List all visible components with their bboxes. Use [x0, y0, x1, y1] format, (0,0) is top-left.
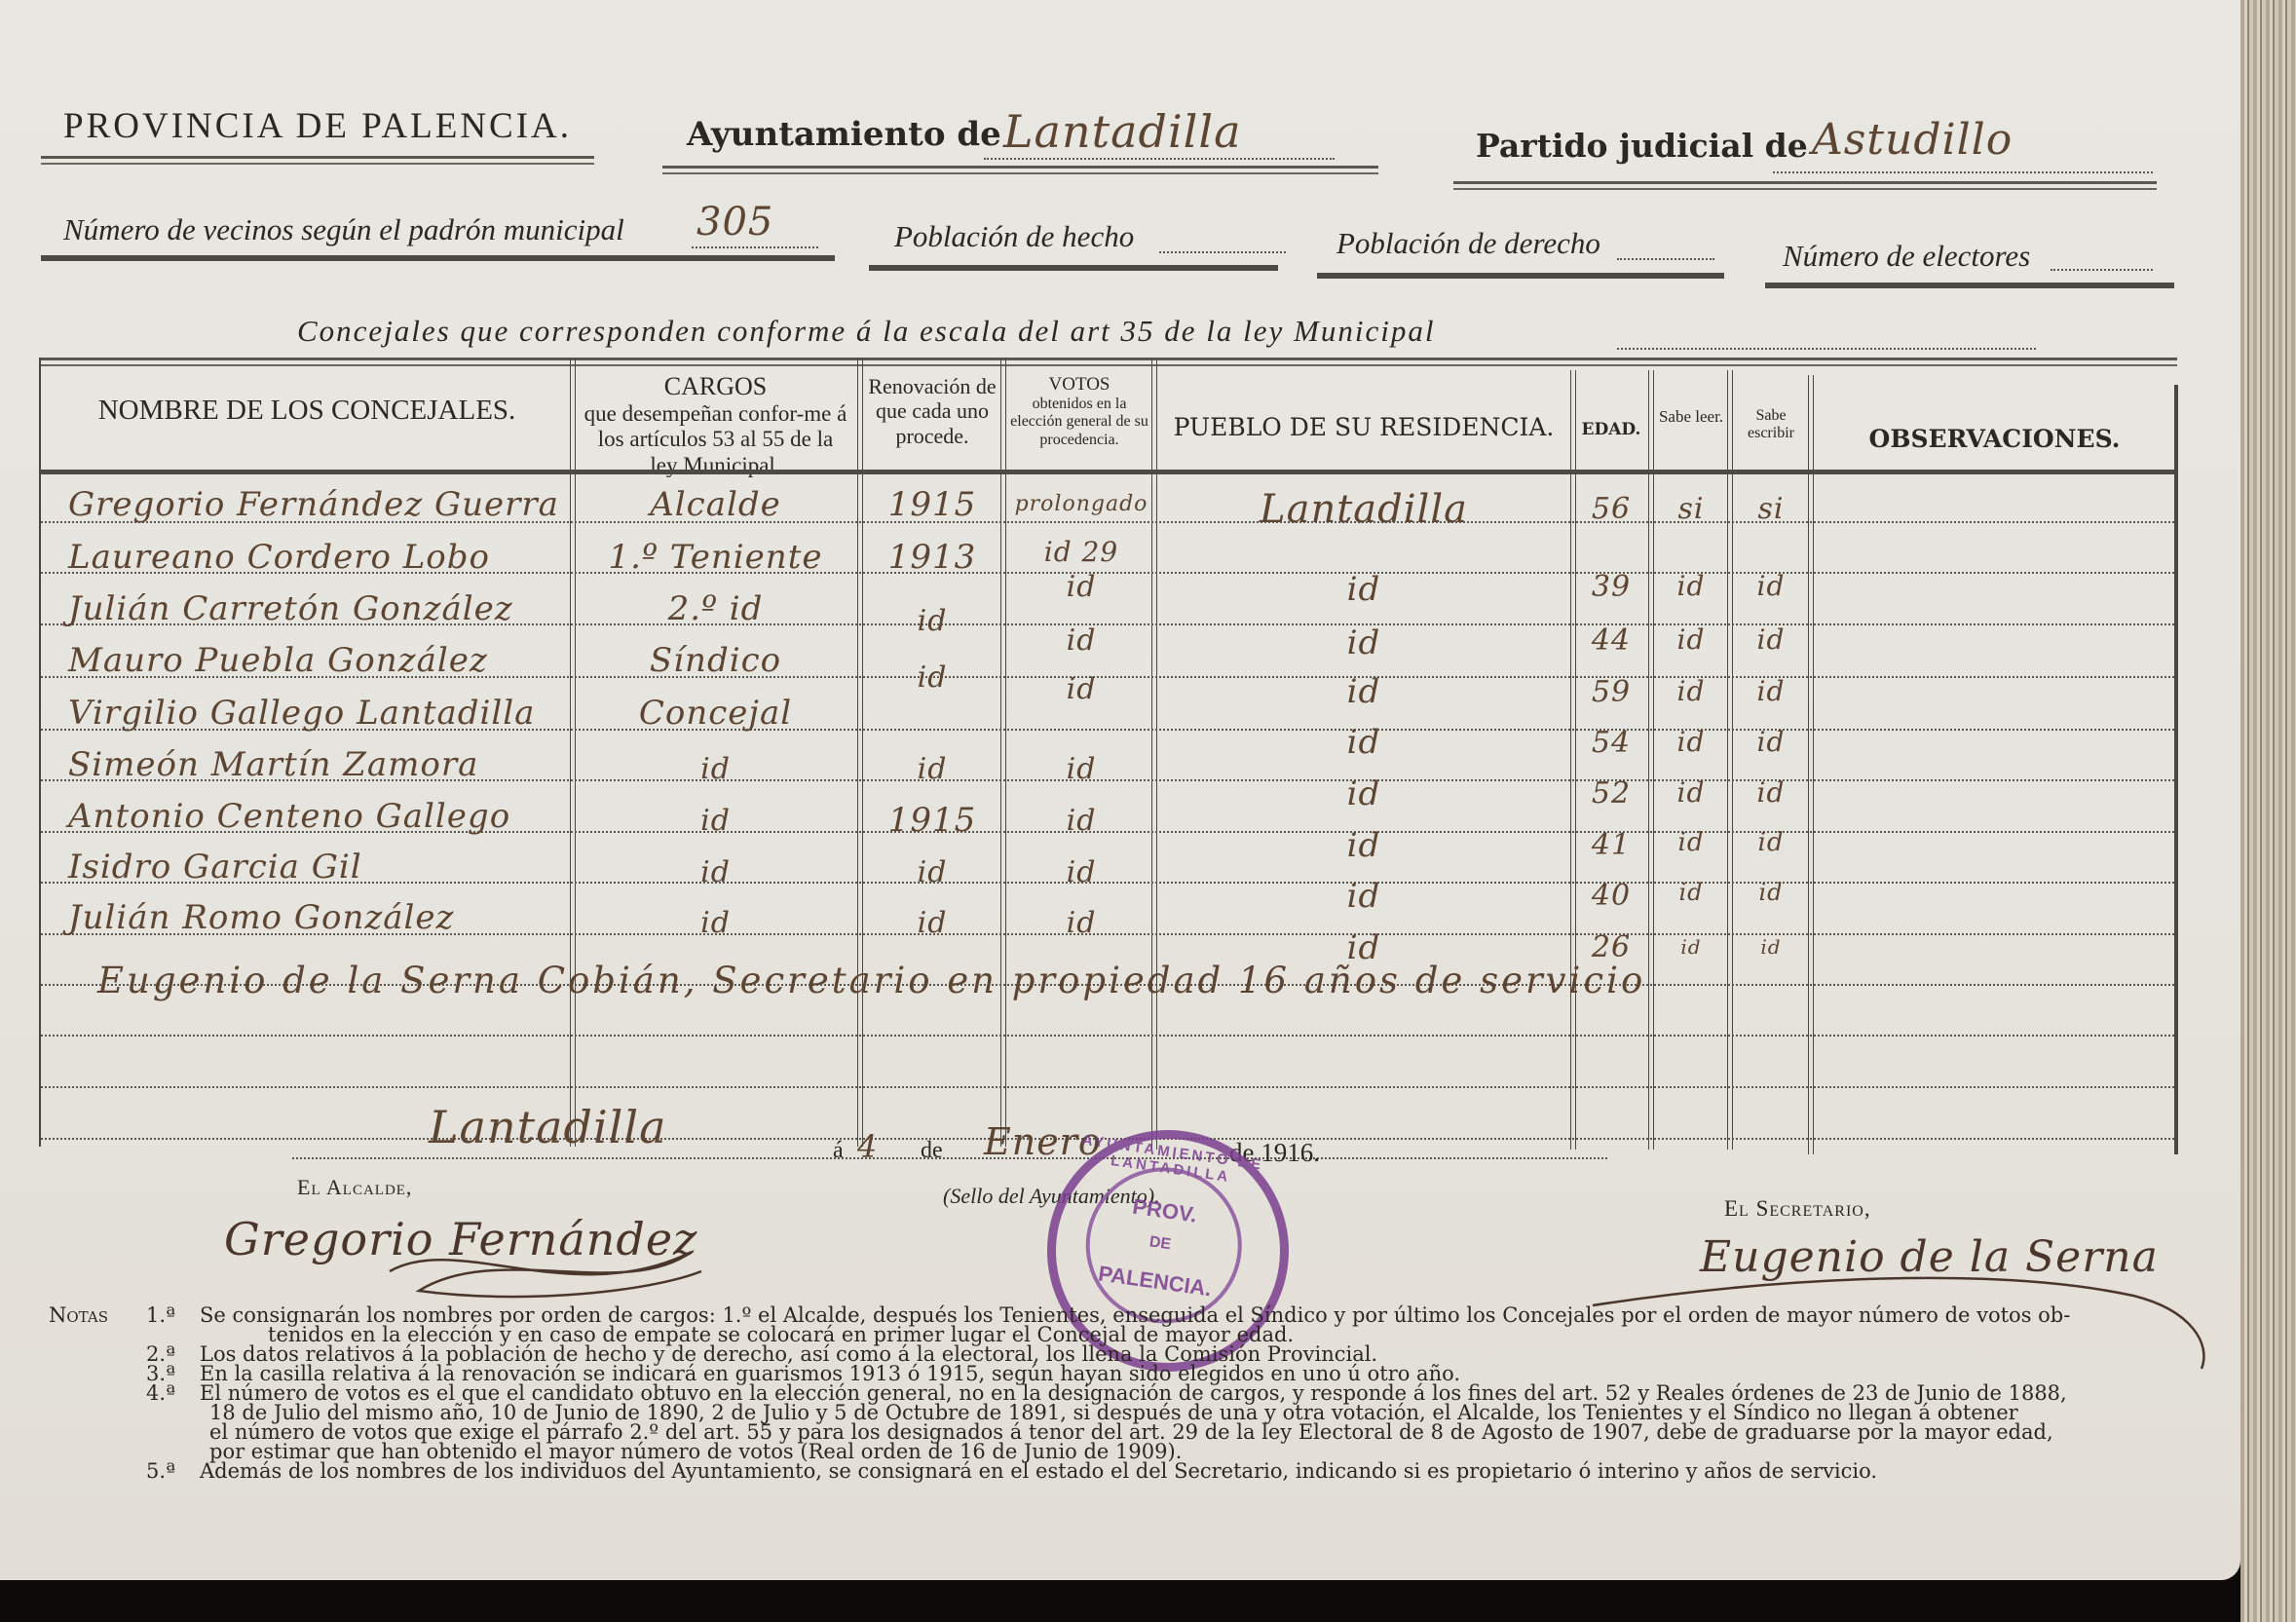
notes-section: Notas 1.ª Se consignarán los nombres por…	[49, 1305, 2172, 1481]
electores-label: Número de electores	[1783, 239, 2030, 274]
row-9-pueblo: id	[1159, 877, 1568, 916]
divider	[1317, 273, 1724, 279]
row-2-renovacion: 1913	[865, 538, 999, 577]
form-page: PROVINCIA DE PALENCIA. Ayuntamiento de L…	[0, 0, 2240, 1580]
poblacion-derecho-label: Población de derecho	[1336, 226, 1600, 261]
divider	[41, 255, 835, 261]
row-1-edad: 56	[1576, 492, 1646, 526]
row-10-escribir: id	[1734, 935, 1808, 959]
row-6-votos: id	[1003, 752, 1159, 786]
row-6-edad: 54	[1576, 726, 1646, 760]
row-3-escribir: id	[1734, 570, 1808, 602]
row-4-leer: id	[1656, 623, 1726, 656]
ayuntamiento-label: Ayuntamiento de	[687, 115, 1001, 154]
row-8-edad: 41	[1576, 828, 1646, 862]
note-number: 4.ª	[146, 1383, 200, 1403]
row-4-edad: 44	[1576, 623, 1646, 658]
divider	[1765, 283, 2174, 288]
row-8-pueblo: id	[1159, 826, 1568, 865]
note-text: 18 de Julio del mismo año, 10 de Junio d…	[49, 1403, 2172, 1422]
dotted-line	[2051, 269, 2153, 271]
row-9-edad: 40	[1576, 879, 1646, 913]
row-8-escribir: id	[1734, 828, 1808, 857]
note-text: Los datos relativos á la población de he…	[200, 1344, 2172, 1364]
col-header-votos-sub: obtenidos en la elección general de su p…	[1007, 396, 1151, 449]
divider	[662, 166, 1378, 169]
col-header-observaciones: OBSERVACIONES.	[1817, 426, 2172, 454]
ayuntamiento-value: Lantadilla	[1003, 105, 1242, 158]
row-5-votos: id	[1003, 672, 1159, 706]
col-header-edad: EDAD.	[1576, 421, 1646, 440]
row-7-cargo: id	[577, 804, 854, 838]
note-text: El número de votos es el que el candidat…	[200, 1383, 2172, 1403]
note-number: 1.ª	[146, 1305, 200, 1325]
column-divider	[1570, 370, 1576, 1150]
row-4-renovacion: id	[865, 604, 999, 638]
note-text: por estimar que han obtenido el mayor nú…	[49, 1442, 2172, 1461]
row-7-pueblo: id	[1159, 774, 1568, 813]
subtitle: Concejales que corresponden conforme á l…	[297, 314, 1435, 349]
col-header-cargos-title: CARGOS	[577, 372, 854, 401]
note-number: 5.ª	[146, 1461, 200, 1481]
row-3-edad: 39	[1576, 570, 1646, 604]
alcalde-label: El Alcalde,	[297, 1175, 412, 1200]
table-top-border	[39, 358, 2177, 360]
note-text: el número de votos que exige el párrafo …	[49, 1422, 2172, 1442]
col-header-cargos-sub: que desempeñan confor-me á los artículos…	[577, 401, 854, 478]
secretario-label: El Secretario,	[1724, 1196, 1871, 1222]
row-4-nombre: Mauro Puebla González	[68, 641, 488, 680]
column-divider	[857, 358, 863, 1147]
table-right-border	[2174, 385, 2178, 1154]
row-6-renovacion: id	[865, 752, 999, 786]
note-text: Se consignarán los nombres por orden de …	[200, 1305, 2172, 1325]
signoff-a-label: á	[833, 1138, 844, 1164]
vecinos-value: 305	[696, 200, 773, 245]
signoff-day: 4	[857, 1128, 878, 1165]
row-9-cargo: id	[577, 906, 854, 940]
row-1-leer: si	[1656, 492, 1726, 526]
row-7-edad: 52	[1576, 776, 1646, 811]
row-3-cargo: 2.º id	[577, 589, 854, 628]
note-5: 5.ª Además de los nombres de los individ…	[49, 1461, 2172, 1481]
row-5-edad: 59	[1576, 675, 1646, 709]
notes-label: Notas	[49, 1305, 146, 1325]
row-line	[41, 1035, 2174, 1037]
signoff-place: Lantadilla	[429, 1101, 667, 1153]
row-2-nombre: Laureano Cordero Lobo	[68, 538, 490, 577]
note-3: 3.ª En la casilla relativa á la renovaci…	[49, 1364, 2172, 1383]
signature-flourish-icon	[380, 1232, 711, 1310]
divider	[1453, 181, 2157, 184]
row-1-escribir: si	[1734, 492, 1808, 526]
poblacion-hecho-label: Población de hecho	[894, 219, 1134, 254]
partido-label: Partido judicial de	[1476, 127, 1808, 165]
row-7-nombre: Antonio Centeno Gallego	[68, 797, 510, 836]
dotted-line	[984, 158, 1335, 160]
row-7-votos: id	[1003, 804, 1159, 838]
note-2: 2.ª Los datos relativos á la población d…	[49, 1344, 2172, 1364]
row-8-votos: id	[1003, 855, 1159, 889]
col-header-nombre: NOMBRE DE LOS CONCEJALES.	[44, 395, 570, 427]
note-4: 4.ª El número de votos es el que el cand…	[49, 1383, 2172, 1403]
row-8-renovacion: id	[865, 855, 999, 889]
column-divider	[570, 358, 576, 1147]
note-text: tenidos en la elección y en caso de empa…	[49, 1325, 2172, 1344]
row-6-escribir: id	[1734, 726, 1808, 758]
column-divider	[1727, 370, 1733, 1150]
row-1-votos: prolongado	[1003, 492, 1159, 516]
row-6-pueblo: id	[1159, 723, 1568, 762]
col-header-votos: VOTOS obtenidos en la elección general d…	[1007, 374, 1151, 449]
note-number: 2.ª	[146, 1344, 200, 1364]
note-1: Notas 1.ª Se consignarán los nombres por…	[49, 1305, 2172, 1325]
row-4-escribir: id	[1734, 623, 1808, 656]
row-4-pueblo: id	[1159, 623, 1568, 662]
row-5-pueblo: id	[1159, 672, 1568, 711]
signoff-de-label: de	[921, 1138, 943, 1164]
book-page-edges	[2240, 0, 2296, 1622]
row-3-leer: id	[1656, 570, 1726, 602]
row-9-nombre: Julián Romo González	[68, 898, 454, 937]
row-7-renovacion: 1915	[865, 801, 999, 840]
row-2-votos: id 29	[1003, 536, 1159, 568]
note-text: Además de los nombres de los individuos …	[200, 1461, 2172, 1481]
header-rule	[41, 470, 2174, 474]
row-3-nombre: Julián Carretón González	[68, 589, 513, 628]
col-header-votos-title: VOTOS	[1007, 374, 1151, 396]
row-5-nombre: Virgilio Gallego Lantadilla	[68, 694, 535, 733]
row-5-renovacion: id	[865, 660, 999, 695]
row-5-cargo: Concejal	[577, 694, 854, 733]
row-6-leer: id	[1656, 726, 1726, 758]
province-title: PROVINCIA DE PALENCIA.	[63, 105, 572, 147]
partido-value: Astudillo	[1812, 115, 2013, 165]
row-1-nombre: Gregorio Fernández Guerra	[68, 485, 559, 524]
row-4-votos: id	[1003, 623, 1159, 658]
row-9-escribir: id	[1734, 879, 1808, 906]
note-number: 3.ª	[146, 1364, 200, 1383]
row-3-pueblo: id	[1159, 570, 1568, 609]
row-5-escribir: id	[1734, 675, 1808, 707]
dotted-line	[1617, 258, 1714, 260]
col-header-renovacion: Renovación de que cada uno procede.	[865, 374, 999, 448]
dotted-line	[1617, 348, 2036, 350]
col-header-escribir: Sabe escribir	[1734, 407, 1808, 443]
row-1-cargo: Alcalde	[577, 485, 854, 524]
row-3-votos: id	[1003, 570, 1159, 604]
row-8-cargo: id	[577, 855, 854, 889]
row-1-pueblo: Lantadilla	[1159, 487, 1568, 532]
vecinos-label: Número de vecinos según el padrón munici…	[63, 212, 624, 247]
col-header-leer: Sabe leer.	[1656, 407, 1726, 427]
dotted-line	[1773, 171, 2153, 173]
row-7-leer: id	[1656, 776, 1726, 809]
divider	[869, 265, 1278, 271]
divider	[41, 156, 594, 159]
col-header-cargos: CARGOS que desempeñan confor-me á los ar…	[577, 372, 854, 478]
column-divider	[1808, 375, 1814, 1154]
row-9-renovacion: id	[865, 906, 999, 940]
table-left-border	[39, 358, 41, 1147]
row-9-leer: id	[1656, 879, 1726, 906]
row-4-cargo: Síndico	[577, 641, 854, 680]
dotted-line	[692, 246, 818, 248]
row-6-cargo: id	[577, 752, 854, 786]
row-9-votos: id	[1003, 906, 1159, 940]
column-divider	[1648, 370, 1654, 1150]
dotted-line	[1159, 251, 1286, 253]
row-8-nombre: Isidro Garcia Gil	[68, 848, 362, 886]
note-text: En la casilla relativa á la renovación s…	[200, 1364, 2172, 1383]
row-8-leer: id	[1656, 828, 1726, 857]
row-10-leer: id	[1656, 935, 1726, 959]
row-7-escribir: id	[1734, 776, 1808, 809]
secretary-note: Eugenio de la Serna Cobián, Secretario e…	[97, 960, 1645, 1001]
row-6-nombre: Simeón Martín Zamora	[68, 745, 478, 784]
row-5-leer: id	[1656, 675, 1726, 707]
row-1-renovacion: 1915	[865, 485, 999, 524]
col-header-pueblo: PUEBLO DE SU RESIDENCIA.	[1159, 414, 1568, 442]
row-2-cargo: 1.º Teniente	[577, 538, 854, 577]
row-line	[41, 1086, 2174, 1088]
dotted-line	[292, 1157, 1607, 1159]
